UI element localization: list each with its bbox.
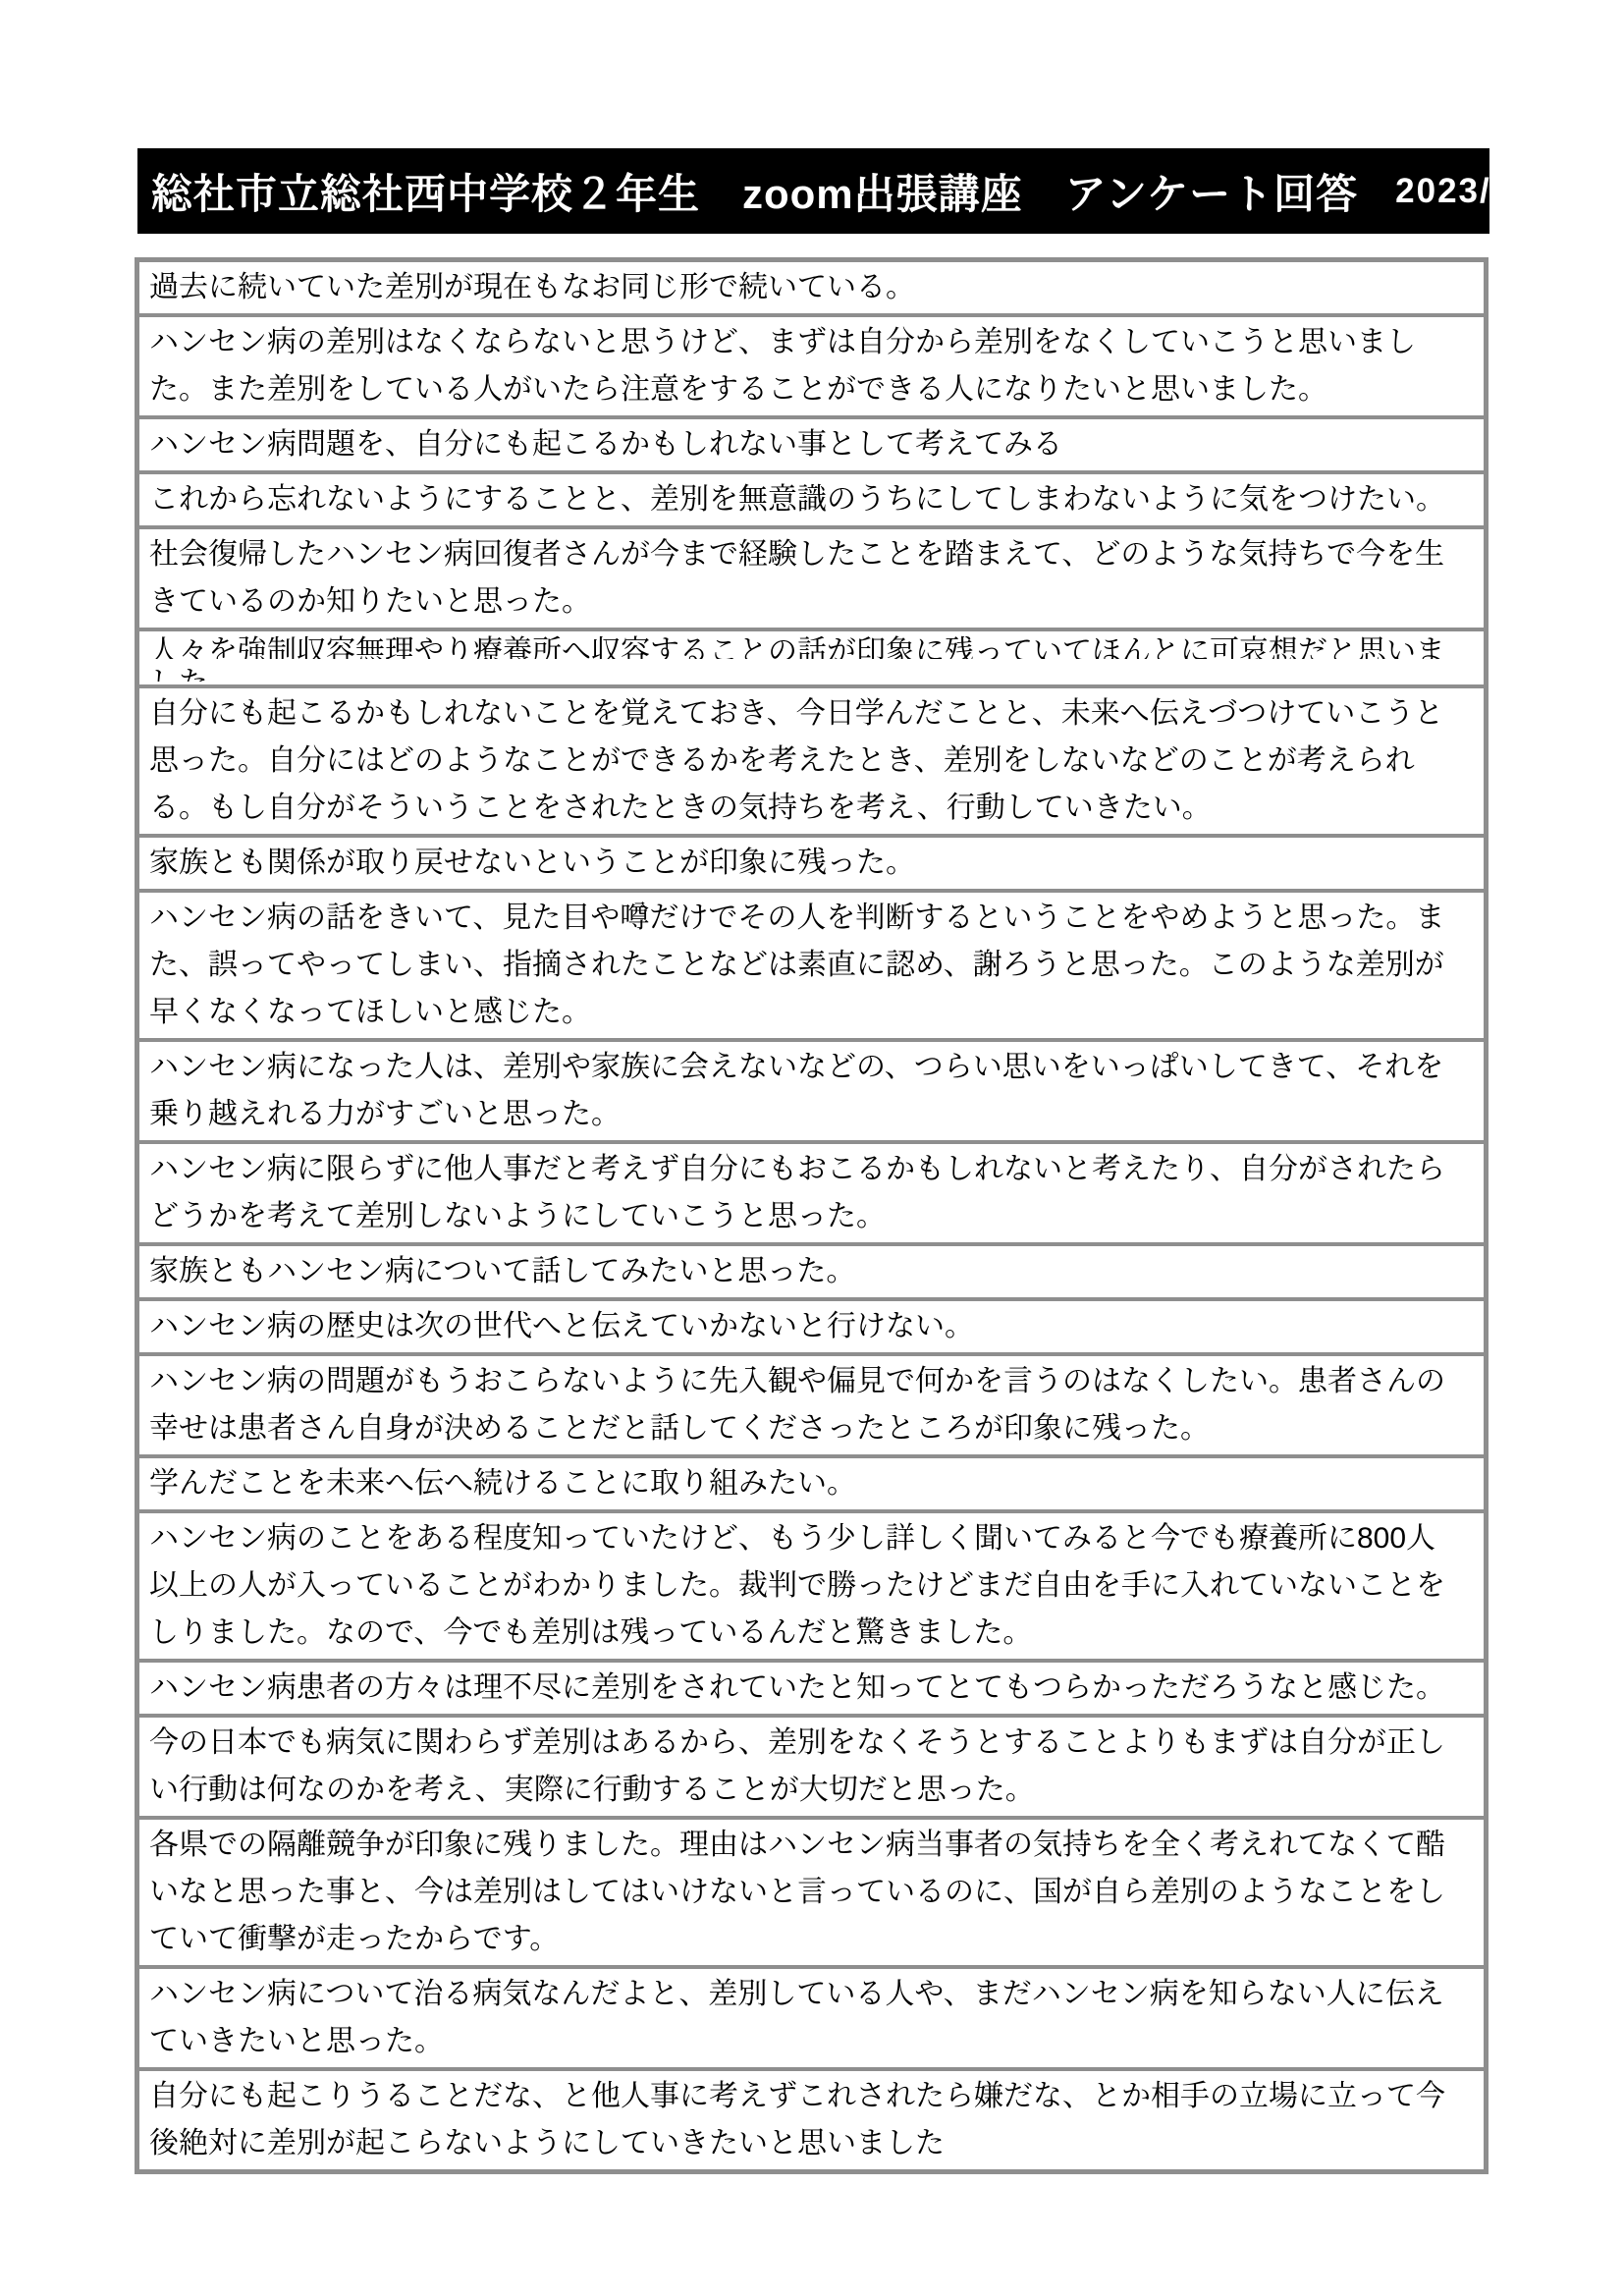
response-row: 人々を強制収容無理やり療養所へ収容することの話が印象に残っていてほんとに可哀想だ… bbox=[139, 631, 1484, 688]
response-row: 社会復帰したハンセン病回復者さんが今まで経験したことを踏まえて、どのような気持ち… bbox=[139, 529, 1484, 631]
response-text-line: 学んだことを未来へ伝へ続けることに取り組みたい。 bbox=[149, 1460, 1474, 1507]
response-text-line: 家族ともハンセン病について話してみたいと思った。 bbox=[149, 1248, 1474, 1295]
response-text-line: しりました。なので、今でも差別は残っているんだと驚きました。 bbox=[149, 1610, 1474, 1657]
response-row: 学んだことを未来へ伝へ続けることに取り組みたい。 bbox=[139, 1458, 1484, 1513]
response-text-line: 後絶対に差別が起こらないようにしていきたいと思いました bbox=[149, 2120, 1474, 2167]
response-text-line: ハンセン病の差別はなくならないと思うけど、まずは自分から差別をなくしていこうと思… bbox=[149, 319, 1474, 366]
response-text-line: 過去に続いていた差別が現在もなお同じ形で続いている。 bbox=[149, 264, 1474, 311]
response-row: ハンセン病患者の方々は理不尽に差別をされていたと知ってとてもつらかっただろうなと… bbox=[139, 1663, 1484, 1718]
response-text-line: ていきたいと思った。 bbox=[149, 2018, 1474, 2065]
response-row: ハンセン病について治る病気なんだよと、差別している人や、まだハンセン病を知らない… bbox=[139, 1969, 1484, 2071]
response-text-line: 自分にも起こりうることだな、と他人事に考えずこれされたら嫌だな、とか相手の立場に… bbox=[149, 2073, 1474, 2120]
response-text-line: た、誤ってやってしまい、指摘されたことなどは素直に認め、謝ろうと思った。このよう… bbox=[149, 942, 1474, 989]
response-row: ハンセン病になった人は、差別や家族に会えないなどの、つらい思いをいっぱいしてきて… bbox=[139, 1042, 1484, 1144]
response-text-line: ハンセン病について治る病気なんだよと、差別している人や、まだハンセン病を知らない… bbox=[149, 1971, 1474, 2018]
response-row: これから忘れないようにすることと、差別を無意識のうちにしてしまわないように気をつ… bbox=[139, 474, 1484, 529]
response-row: 過去に続いていた差別が現在もなお同じ形で続いている。 bbox=[139, 262, 1484, 317]
response-text-line: 早くなくなってほしいと感じた。 bbox=[149, 989, 1474, 1036]
response-row: 今の日本でも病気に関わらず差別はあるから、差別をなくそうとすることよりもまずは自… bbox=[139, 1718, 1484, 1820]
response-text-line: 各県での隔離競争が印象に残りました。理由はハンセン病当事者の気持ちを全く考えれて… bbox=[149, 1822, 1474, 1869]
response-row: 家族とも関係が取り戻せないということが印象に残った。 bbox=[139, 838, 1484, 893]
response-row: 自分にも起こるかもしれないことを覚えておき、今日学んだことと、未来へ伝えづつけて… bbox=[139, 688, 1484, 838]
response-text-line: した bbox=[149, 669, 1474, 682]
document-page: 総社市立総社西中学校２年生 zoom出張講座 アンケート回答 2023/10/3… bbox=[0, 0, 1624, 2296]
response-text-line: ハンセン病のことをある程度知っていたけど、もう少し詳しく聞いてみると今でも療養所… bbox=[149, 1515, 1474, 1562]
response-text-line: ハンセン病患者の方々は理不尽に差別をされていたと知ってとてもつらかっただろうなと… bbox=[149, 1665, 1474, 1712]
response-text-line: た。また差別をしている人がいたら注意をすることができる人になりたいと思いました。 bbox=[149, 366, 1474, 413]
response-row: ハンセン病の歴史は次の世代へと伝えていかないと行けない。 bbox=[139, 1301, 1484, 1356]
response-text-line: る。もし自分がそういうことをされたときの気持ちを考え、行動していきたい。 bbox=[149, 785, 1474, 832]
response-text-line: ハンセン病の歴史は次の世代へと伝えていかないと行けない。 bbox=[149, 1303, 1474, 1350]
response-text-line: ハンセン病になった人は、差別や家族に会えないなどの、つらい思いをいっぱいしてきて… bbox=[149, 1044, 1474, 1091]
response-text-line: これから忘れないようにすることと、差別を無意識のうちにしてしまわないように気をつ… bbox=[149, 476, 1474, 523]
response-row: 各県での隔離競争が印象に残りました。理由はハンセン病当事者の気持ちを全く考えれて… bbox=[139, 1820, 1484, 1969]
response-row: ハンセン病問題を、自分にも起こるかもしれない事として考えてみる bbox=[139, 419, 1484, 474]
title-bar: 総社市立総社西中学校２年生 zoom出張講座 アンケート回答 2023/10/3… bbox=[137, 148, 1489, 234]
response-text-line: きているのか知りたいと思った。 bbox=[149, 578, 1474, 626]
response-text-line: 幸せは患者さん自身が決めることだと話してくださったところが印象に残った。 bbox=[149, 1405, 1474, 1452]
header-date: 2023/10/31 bbox=[1395, 172, 1587, 211]
response-text-line: ハンセン病の話をきいて、見た目や噂だけでその人を判断するということをやめようと思… bbox=[149, 895, 1474, 942]
response-text-line: 乗り越えれる力がすごいと思った。 bbox=[149, 1091, 1474, 1138]
response-text-line: ハンセン病問題を、自分にも起こるかもしれない事として考えてみる bbox=[149, 421, 1474, 468]
response-row: ハンセン病のことをある程度知っていたけど、もう少し詳しく聞いてみると今でも療養所… bbox=[139, 1513, 1484, 1663]
response-text-line: ハンセン病の問題がもうおこらないように先入観や偏見で何かを言うのはなくしたい。患… bbox=[149, 1358, 1474, 1405]
response-text-line: 社会復帰したハンセン病回復者さんが今まで経験したことを踏まえて、どのような気持ち… bbox=[149, 531, 1474, 578]
response-row: 自分にも起こりうることだな、と他人事に考えずこれされたら嫌だな、とか相手の立場に… bbox=[139, 2071, 1484, 2169]
response-text-line: い行動は何なのかを考え、実際に行動することが大切だと思った。 bbox=[149, 1767, 1474, 1814]
response-text-line: 人々を強制収容無理やり療養所へ収容することの話が印象に残っていてほんとに可哀想だ… bbox=[149, 632, 1474, 659]
response-text-line: どうかを考えて差別しないようにしていこうと思った。 bbox=[149, 1193, 1474, 1240]
response-text-line: いなと思った事と、今は差別はしてはいけないと言っているのに、国が自ら差別のような… bbox=[149, 1869, 1474, 1916]
response-text-line: ハンセン病に限らずに他人事だと考えず自分にもおこるかもしれないと考えたり、自分が… bbox=[149, 1146, 1474, 1193]
response-table: 過去に続いていた差別が現在もなお同じ形で続いている。ハンセン病の差別はなくならな… bbox=[135, 257, 1489, 2174]
page-title: 総社市立総社西中学校２年生 zoom出張講座 アンケート回答 bbox=[151, 162, 1358, 221]
response-text-line: 思った。自分にはどのようなことができるかを考えたとき、差別をしないなどのことが考… bbox=[149, 738, 1474, 785]
response-text-line: 家族とも関係が取り戻せないということが印象に残った。 bbox=[149, 840, 1474, 887]
response-text-line: 今の日本でも病気に関わらず差別はあるから、差別をなくそうとすることよりもまずは自… bbox=[149, 1720, 1474, 1767]
response-row: ハンセン病の問題がもうおこらないように先入観や偏見で何かを言うのはなくしたい。患… bbox=[139, 1356, 1484, 1458]
response-row: 家族ともハンセン病について話してみたいと思った。 bbox=[139, 1246, 1484, 1301]
response-text-line: 以上の人が入っていることがわかりました。裁判で勝ったけどまだ自由を手に入れていな… bbox=[149, 1562, 1474, 1610]
response-row: ハンセン病の話をきいて、見た目や噂だけでその人を判断するということをやめようと思… bbox=[139, 893, 1484, 1042]
response-text-line: 自分にも起こるかもしれないことを覚えておき、今日学んだことと、未来へ伝えづつけて… bbox=[149, 690, 1474, 738]
response-row: ハンセン病に限らずに他人事だと考えず自分にもおこるかもしれないと考えたり、自分が… bbox=[139, 1144, 1484, 1246]
response-text-line: ていて衝撃が走ったからです。 bbox=[149, 1916, 1474, 1963]
response-row: ハンセン病の差別はなくならないと思うけど、まずは自分から差別をなくしていこうと思… bbox=[139, 317, 1484, 419]
